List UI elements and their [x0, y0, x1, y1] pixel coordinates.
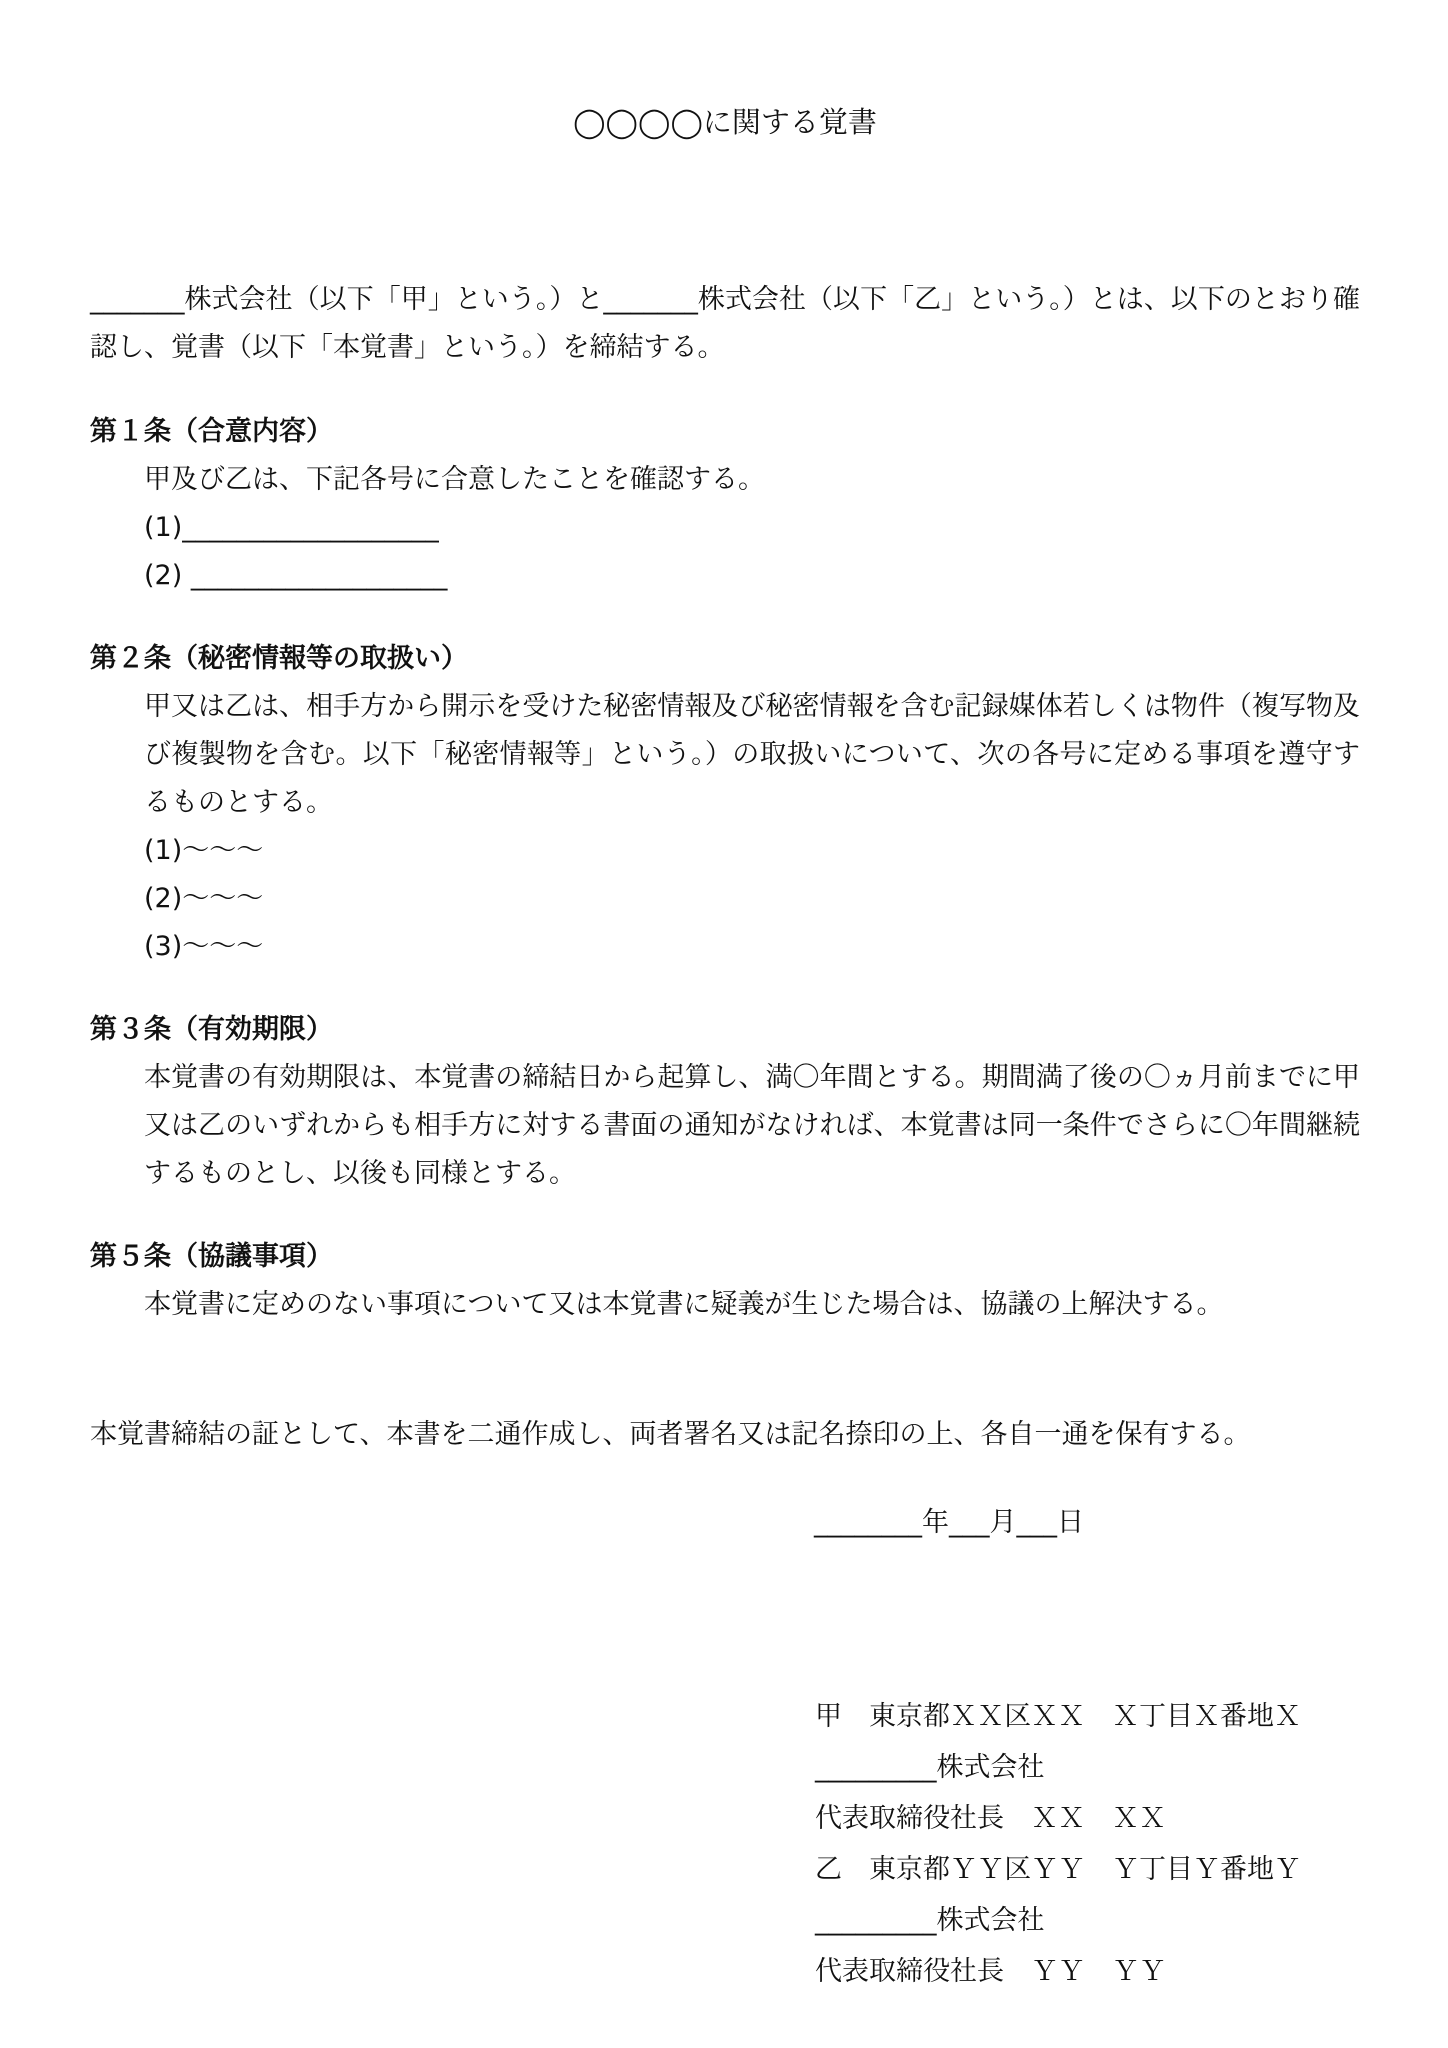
- signature-block: 甲 東京都ＸＸ区ＸＸ Ｘ丁目Ｘ番地Ｘ _________株式会社 代表取締役社長…: [815, 1691, 1360, 1997]
- article-2-body: 甲又は乙は、相手方から開示を受けた秘密情報及び秘密情報を含む記録媒体若しくは物件…: [144, 683, 1360, 827]
- article-1-body: 甲及び乙は、下記各号に合意したことを確認する。: [144, 456, 1360, 504]
- party-otsu-representative-line: 代表取締役社長 ＹＹ ＹＹ: [815, 1946, 1360, 1997]
- document-title: ◯◯◯◯に関する覚書: [90, 104, 1360, 140]
- party-otsu-address-line: 乙 東京都ＹＹ区ＹＹ Ｙ丁目Ｙ番地Ｙ: [815, 1844, 1360, 1895]
- party-kou-company-line: _________株式会社: [815, 1742, 1360, 1793]
- party-otsu-company-line: _________株式会社: [815, 1895, 1360, 1946]
- section-article-3: 第３条（有効期限） 本覚書の有効期限は、本覚書の締結日から起算し、満〇年間とする…: [90, 1006, 1360, 1198]
- preamble-paragraph: _______株式会社（以下「甲」という。）と_______株式会社（以下「乙」…: [90, 276, 1360, 372]
- article-2-item-1: (1)～～～: [144, 827, 1360, 875]
- article-1-item-2: (2) ___________________: [144, 552, 1360, 600]
- article-2-heading: 第２条（秘密情報等の取扱い）: [90, 635, 1360, 683]
- article-3-heading: 第３条（有効期限）: [90, 1006, 1360, 1054]
- party-kou-address-line: 甲 東京都ＸＸ区ＸＸ Ｘ丁目Ｘ番地Ｘ: [815, 1691, 1360, 1742]
- article-5-body: 本覚書に定めのない事項について又は本覚書に疑義が生じた場合は、協議の上解決する。: [144, 1281, 1360, 1329]
- article-5-heading: 第５条（協議事項）: [90, 1233, 1360, 1281]
- party-kou-representative-line: 代表取締役社長 ＸＸ ＸＸ: [815, 1793, 1360, 1844]
- article-2-item-3: (3)～～～: [144, 923, 1360, 971]
- article-1-item-1: (1)___________________: [144, 504, 1360, 552]
- closing-paragraph: 本覚書締結の証として、本書を二通作成し、両者署名又は記名捺印の上、各自一通を保有…: [90, 1411, 1360, 1459]
- section-article-5: 第５条（協議事項） 本覚書に定めのない事項について又は本覚書に疑義が生じた場合は…: [90, 1233, 1360, 1329]
- article-1-heading: 第１条（合意内容）: [90, 408, 1360, 456]
- memorandum-page: ◯◯◯◯に関する覚書 _______株式会社（以下「甲」という。）と______…: [0, 0, 1448, 2048]
- article-3-body: 本覚書の有効期限は、本覚書の締結日から起算し、満〇年間とする。期間満了後の〇ヵ月…: [144, 1054, 1360, 1198]
- date-blank-line: ________年___月___日: [814, 1499, 1360, 1547]
- article-2-item-2: (2)～～～: [144, 875, 1360, 923]
- section-article-1: 第１条（合意内容） 甲及び乙は、下記各号に合意したことを確認する。 (1)___…: [90, 408, 1360, 600]
- section-article-2: 第２条（秘密情報等の取扱い） 甲又は乙は、相手方から開示を受けた秘密情報及び秘密…: [90, 635, 1360, 971]
